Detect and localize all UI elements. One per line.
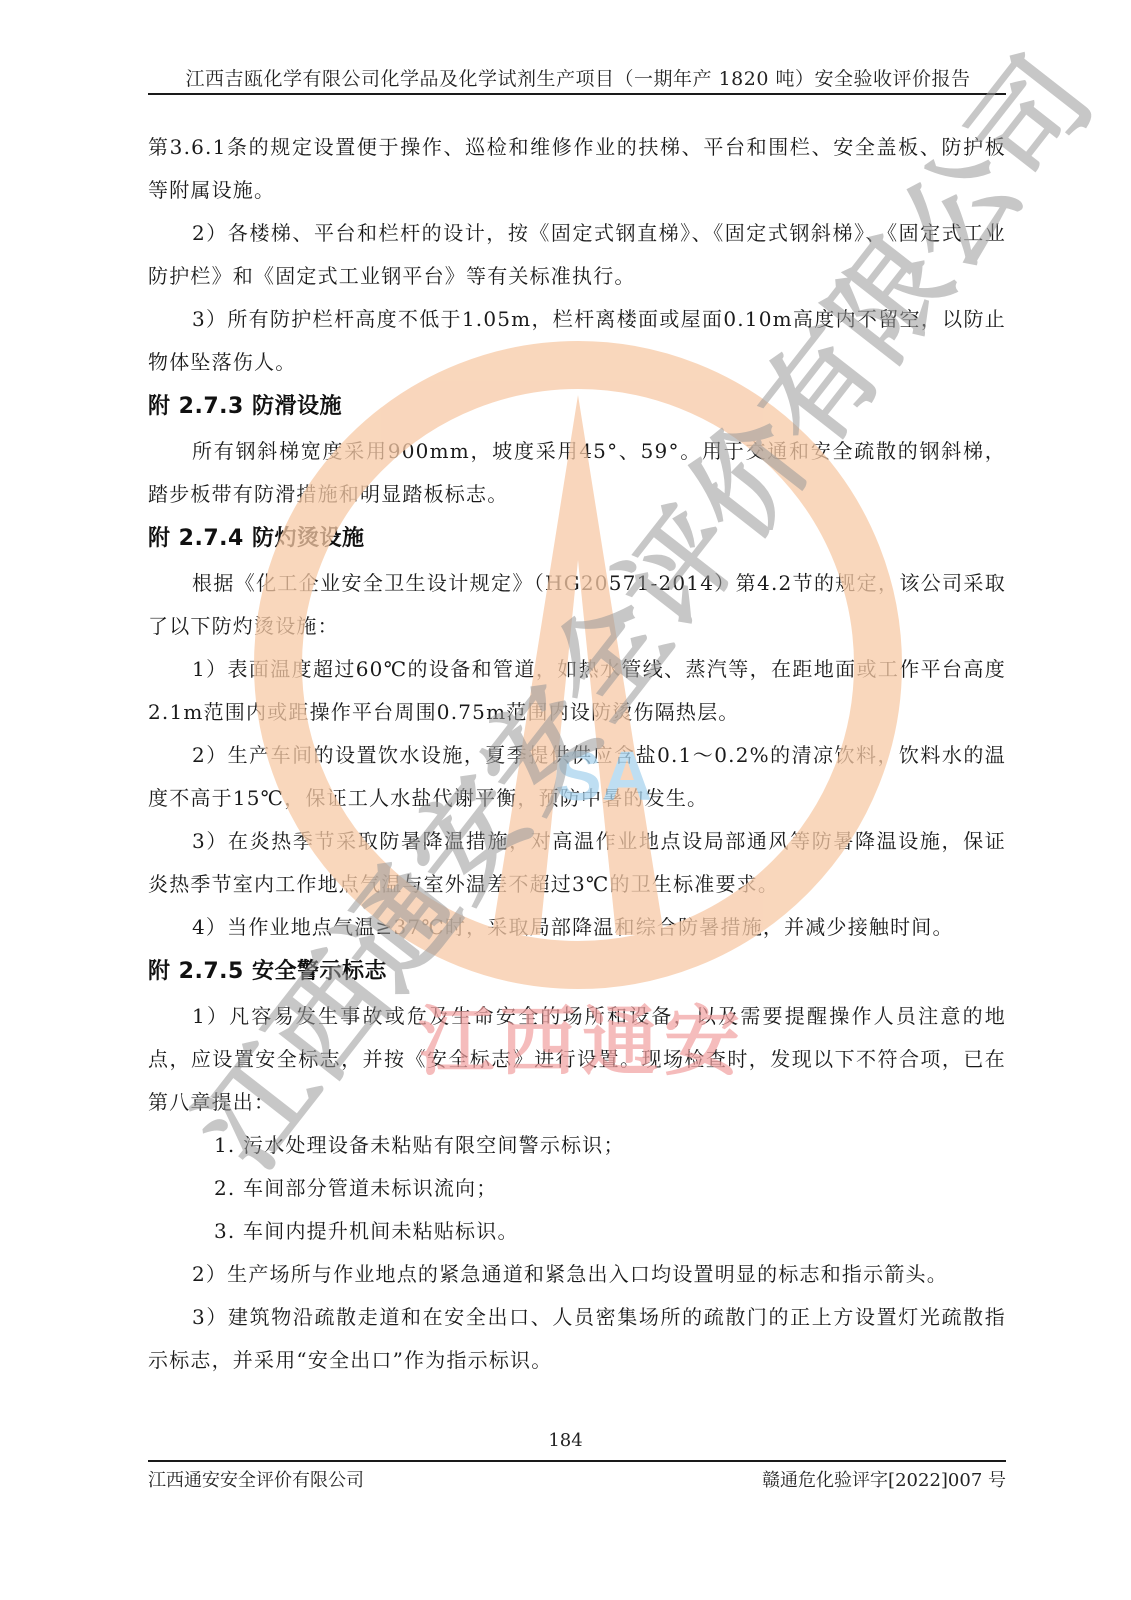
list-item: 2. 车间部分管道未标识流向； (148, 1167, 1006, 1210)
section-heading-2-7-3: 附 2.7.3 防滑设施 (148, 384, 1006, 430)
footer-document-number: 赣通危化验评字[2022]007 号 (762, 1466, 1006, 1492)
paragraph: 4）当作业地点气温≥37℃时，采取局部降温和综合防暑措施，并减少接触时间。 (148, 906, 1006, 949)
paragraph: 3）在炎热季节采取防暑降温措施，对高温作业地点设局部通风等防暑降温设施，保证炎热… (148, 820, 1006, 906)
list-item: 1. 污水处理设备未粘贴有限空间警示标识； (148, 1124, 1006, 1167)
document-page: SA 江西通安 江西通安安全评价有限公司 江西吉瓯化学有限公司化学品及化学试剂生… (0, 0, 1131, 1600)
header-divider (148, 93, 1006, 95)
paragraph: 1）凡容易发生事故或危及生命安全的场所和设备，以及需要提醒操作人员注意的地点，应… (148, 995, 1006, 1124)
footer-divider (148, 1460, 1006, 1462)
paragraph: 2）生产场所与作业地点的紧急通道和紧急出入口均设置明显的标志和指示箭头。 (148, 1253, 1006, 1296)
paragraph: 1）表面温度超过60℃的设备和管道，如热水管线、蒸汽等，在距地面或工作平台高度2… (148, 648, 1006, 734)
paragraph: 2）生产车间的设置饮水设施，夏季提供供应含盐0.1～0.2%的清凉饮料，饮料水的… (148, 734, 1006, 820)
document-body: 第3.6.1条的规定设置便于操作、巡检和维修作业的扶梯、平台和围栏、安全盖板、防… (148, 126, 1006, 1382)
paragraph: 3）建筑物沿疏散走道和在安全出口、人员密集场所的疏散门的正上方设置灯光疏散指示标… (148, 1296, 1006, 1382)
paragraph: 3）所有防护栏杆高度不低于1.05m，栏杆离楼面或屋面0.10m高度内不留空，以… (148, 298, 1006, 384)
section-heading-2-7-5: 附 2.7.5 安全警示标志 (148, 949, 1006, 995)
paragraph: 2）各楼梯、平台和栏杆的设计，按《固定式钢直梯》、《固定式钢斜梯》、《固定式工业… (148, 212, 1006, 298)
report-header-title: 江西吉瓯化学有限公司化学品及化学试剂生产项目（一期年产 1820 吨）安全验收评… (148, 64, 1008, 91)
footer-company-name: 江西通安安全评价有限公司 (148, 1466, 364, 1492)
paragraph-continuation: 第3.6.1条的规定设置便于操作、巡检和维修作业的扶梯、平台和围栏、安全盖板、防… (148, 126, 1006, 212)
section-heading-2-7-4: 附 2.7.4 防灼烫设施 (148, 516, 1006, 562)
list-item: 3. 车间内提升机间未粘贴标识。 (148, 1210, 1006, 1253)
page-number: 184 (0, 1430, 1131, 1451)
paragraph: 所有钢斜梯宽度采用900mm，坡度采用45°、59°。用于交通和安全疏散的钢斜梯… (148, 430, 1006, 516)
paragraph: 根据《化工企业安全卫生设计规定》（HG20571-2014）第4.2节的规定，该… (148, 562, 1006, 648)
